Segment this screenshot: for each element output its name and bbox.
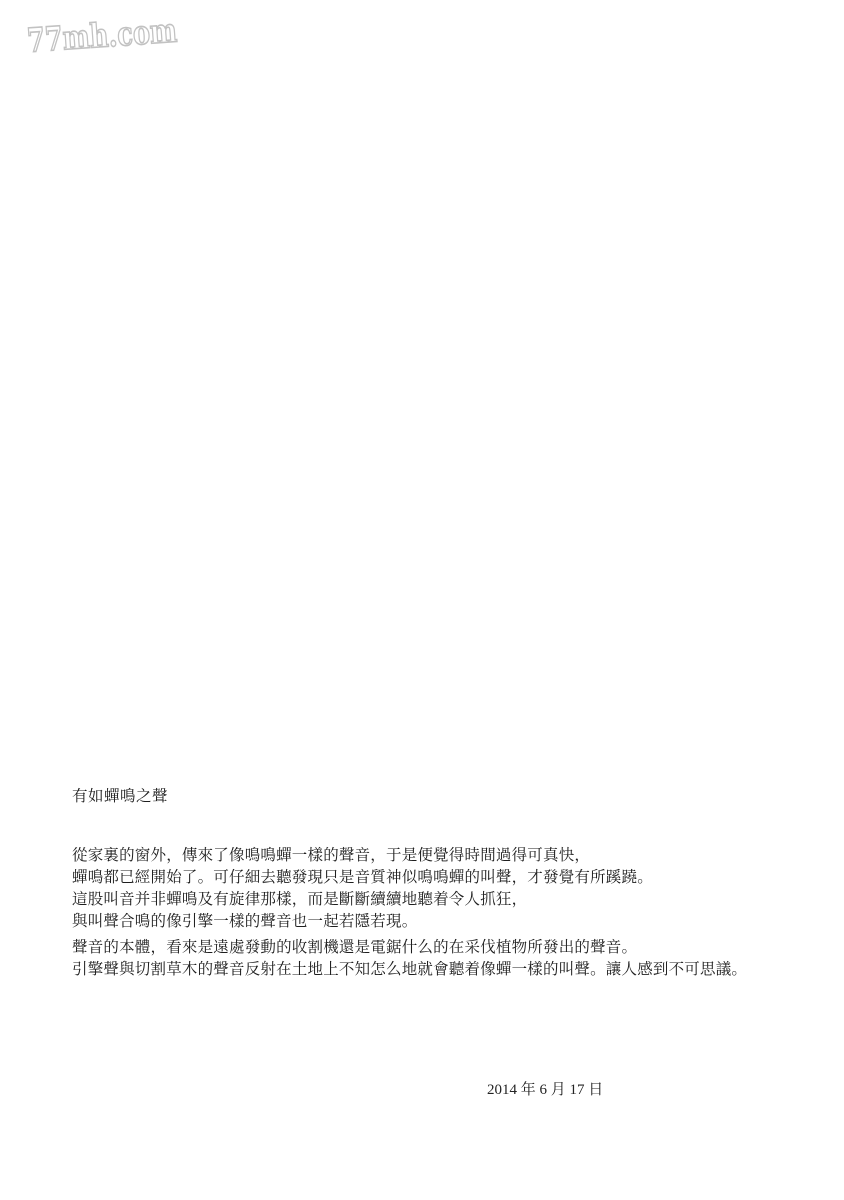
text-line: 引擎聲與切割草木的聲音反射在土地上不知怎么地就會聽着像蟬一樣的叫聲。讓人感到不可… [72, 961, 747, 978]
article-body: 有如蟬鳴之聲 從家裏的窗外，傳來了像鳴鳴蟬一樣的聲音，于是便覺得時間過得可真快，… [72, 786, 772, 981]
text-line: 從家裏的窗外，傳來了像鳴鳴蟬一樣的聲音，于是便覺得時間過得可真快， [72, 847, 590, 864]
article-paragraph: 從家裏的窗外，傳來了像鳴鳴蟬一樣的聲音，于是便覺得時間過得可真快， 蟬鳴都已經開… [72, 845, 772, 933]
text-line: 蟬鳴都已經開始了。可仔細去聽發現只是音質神似鳴鳴蟬的叫聲，才發覺有所蹊蹺。 [72, 869, 653, 886]
site-watermark: 77mh.com [16, 2, 246, 77]
site-watermark-text: 77mh.com [26, 11, 178, 60]
article-title: 有如蟬鳴之聲 [72, 786, 772, 808]
text-line: 聲音的本體，看來是遠處發動的收割機還是電鋸什么的在采伐植物所發出的聲音。 [72, 939, 637, 956]
scanned-page: 77mh.com 有如蟬鳴之聲 從家裏的窗外，傳來了像鳴鳴蟬一樣的聲音，于是便覺… [0, 0, 844, 1200]
article-paragraph: 聲音的本體，看來是遠處發動的收割機還是電鋸什么的在采伐植物所發出的聲音。 引擎聲… [72, 937, 772, 981]
text-line: 與叫聲合鳴的像引擎一樣的聲音也一起若隱若現。 [72, 913, 417, 930]
text-line: 這股叫音并非蟬鳴及有旋律那樣，而是斷斷續續地聽着令人抓狂， [72, 891, 527, 908]
date-text: 2014 年 6 月 17 日 [487, 1081, 603, 1099]
